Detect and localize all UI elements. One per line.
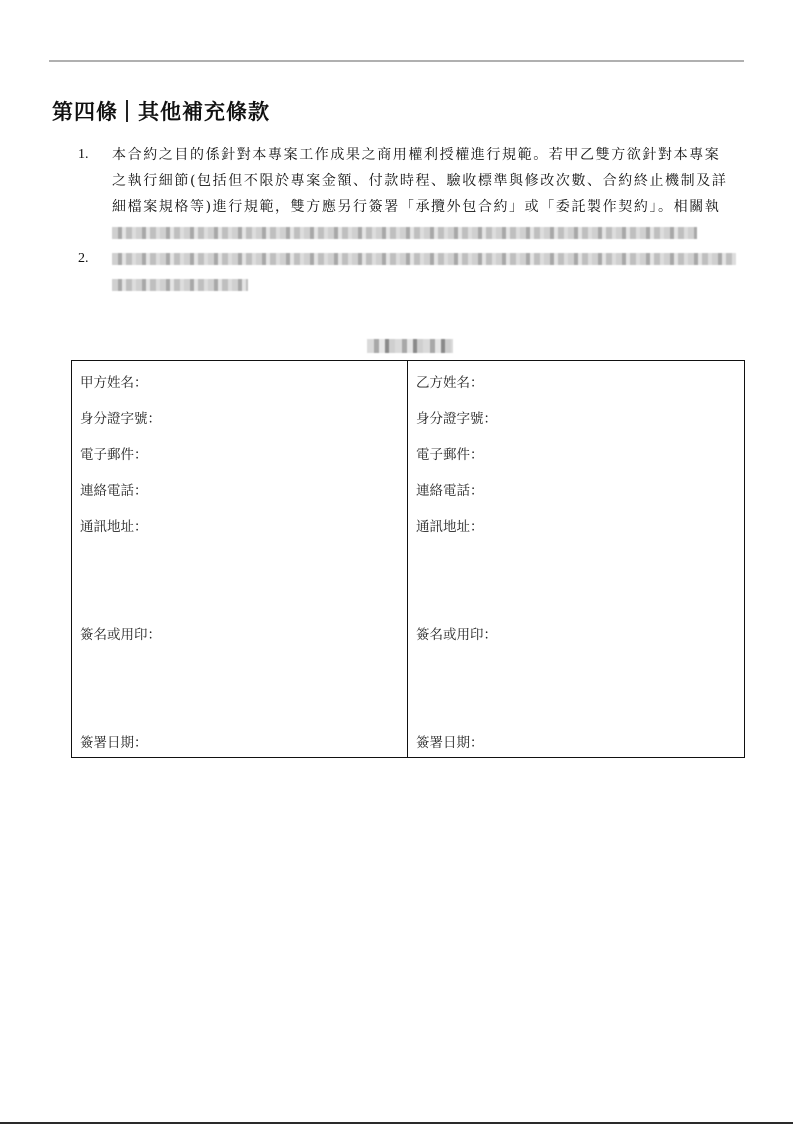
party-a-email-label: 電子郵件： <box>80 443 148 463</box>
redacted-text-line <box>112 220 746 246</box>
party-b-address-label: 通訊地址： <box>416 515 484 535</box>
signature-table: 甲方姓名： 身分證字號： 電子郵件： 連絡電話： 通訊地址： 簽名或用印： 簽署… <box>71 360 745 758</box>
party-b-name-label: 乙方姓名： <box>416 371 484 391</box>
clause-text-line: 細檔案規格等)進行規範，雙方應另行簽署「承攬外包合約」或「委託製作契約」。相關執 <box>112 194 746 220</box>
redacted-text-line <box>112 272 746 298</box>
party-a-column: 甲方姓名： 身分證字號： 電子郵件： 連絡電話： 通訊地址： 簽名或用印： 簽署… <box>72 361 408 757</box>
redacted-table-caption <box>367 339 453 353</box>
section-number: 第四條 <box>52 99 118 124</box>
party-a-id-label: 身分證字號： <box>80 407 161 427</box>
party-a-signature-label: 簽名或用印： <box>80 623 161 643</box>
party-a-address-label: 通訊地址： <box>80 515 148 535</box>
redacted-text-line <box>112 246 746 272</box>
party-b-signature-label: 簽名或用印： <box>416 623 497 643</box>
header-divider <box>49 60 744 62</box>
party-b-date-label: 簽署日期： <box>416 731 484 751</box>
clause-text-line: 本合約之目的係針對本專案工作成果之商用權利授權進行規範。若甲乙雙方欲針對本專案 <box>112 142 746 168</box>
party-b-phone-label: 連絡電話： <box>416 479 484 499</box>
clause-number: 1. <box>78 142 89 168</box>
clause-text-line: 之執行細節(包括但不限於專案金額、付款時程、驗收標準與修改次數、合約終止機制及詳 <box>112 168 746 194</box>
party-a-phone-label: 連絡電話： <box>80 479 148 499</box>
party-b-column: 乙方姓名： 身分證字號： 電子郵件： 連絡電話： 通訊地址： 簽名或用印： 簽署… <box>408 361 744 757</box>
party-b-id-label: 身分證字號： <box>416 407 497 427</box>
party-a-name-label: 甲方姓名： <box>80 371 148 391</box>
section-heading: 第四條其他補充條款 <box>52 96 270 126</box>
section-title: 其他補充條款 <box>138 99 270 124</box>
party-a-date-label: 簽署日期： <box>80 731 148 751</box>
clause-2: 2. <box>78 246 746 298</box>
clause-list: 1. 本合約之目的係針對本專案工作成果之商用權利授權進行規範。若甲乙雙方欲針對本… <box>78 142 746 298</box>
clause-1: 1. 本合約之目的係針對本專案工作成果之商用權利授權進行規範。若甲乙雙方欲針對本… <box>78 142 746 246</box>
party-b-email-label: 電子郵件： <box>416 443 484 463</box>
title-separator <box>126 100 128 122</box>
clause-number: 2. <box>78 246 89 272</box>
